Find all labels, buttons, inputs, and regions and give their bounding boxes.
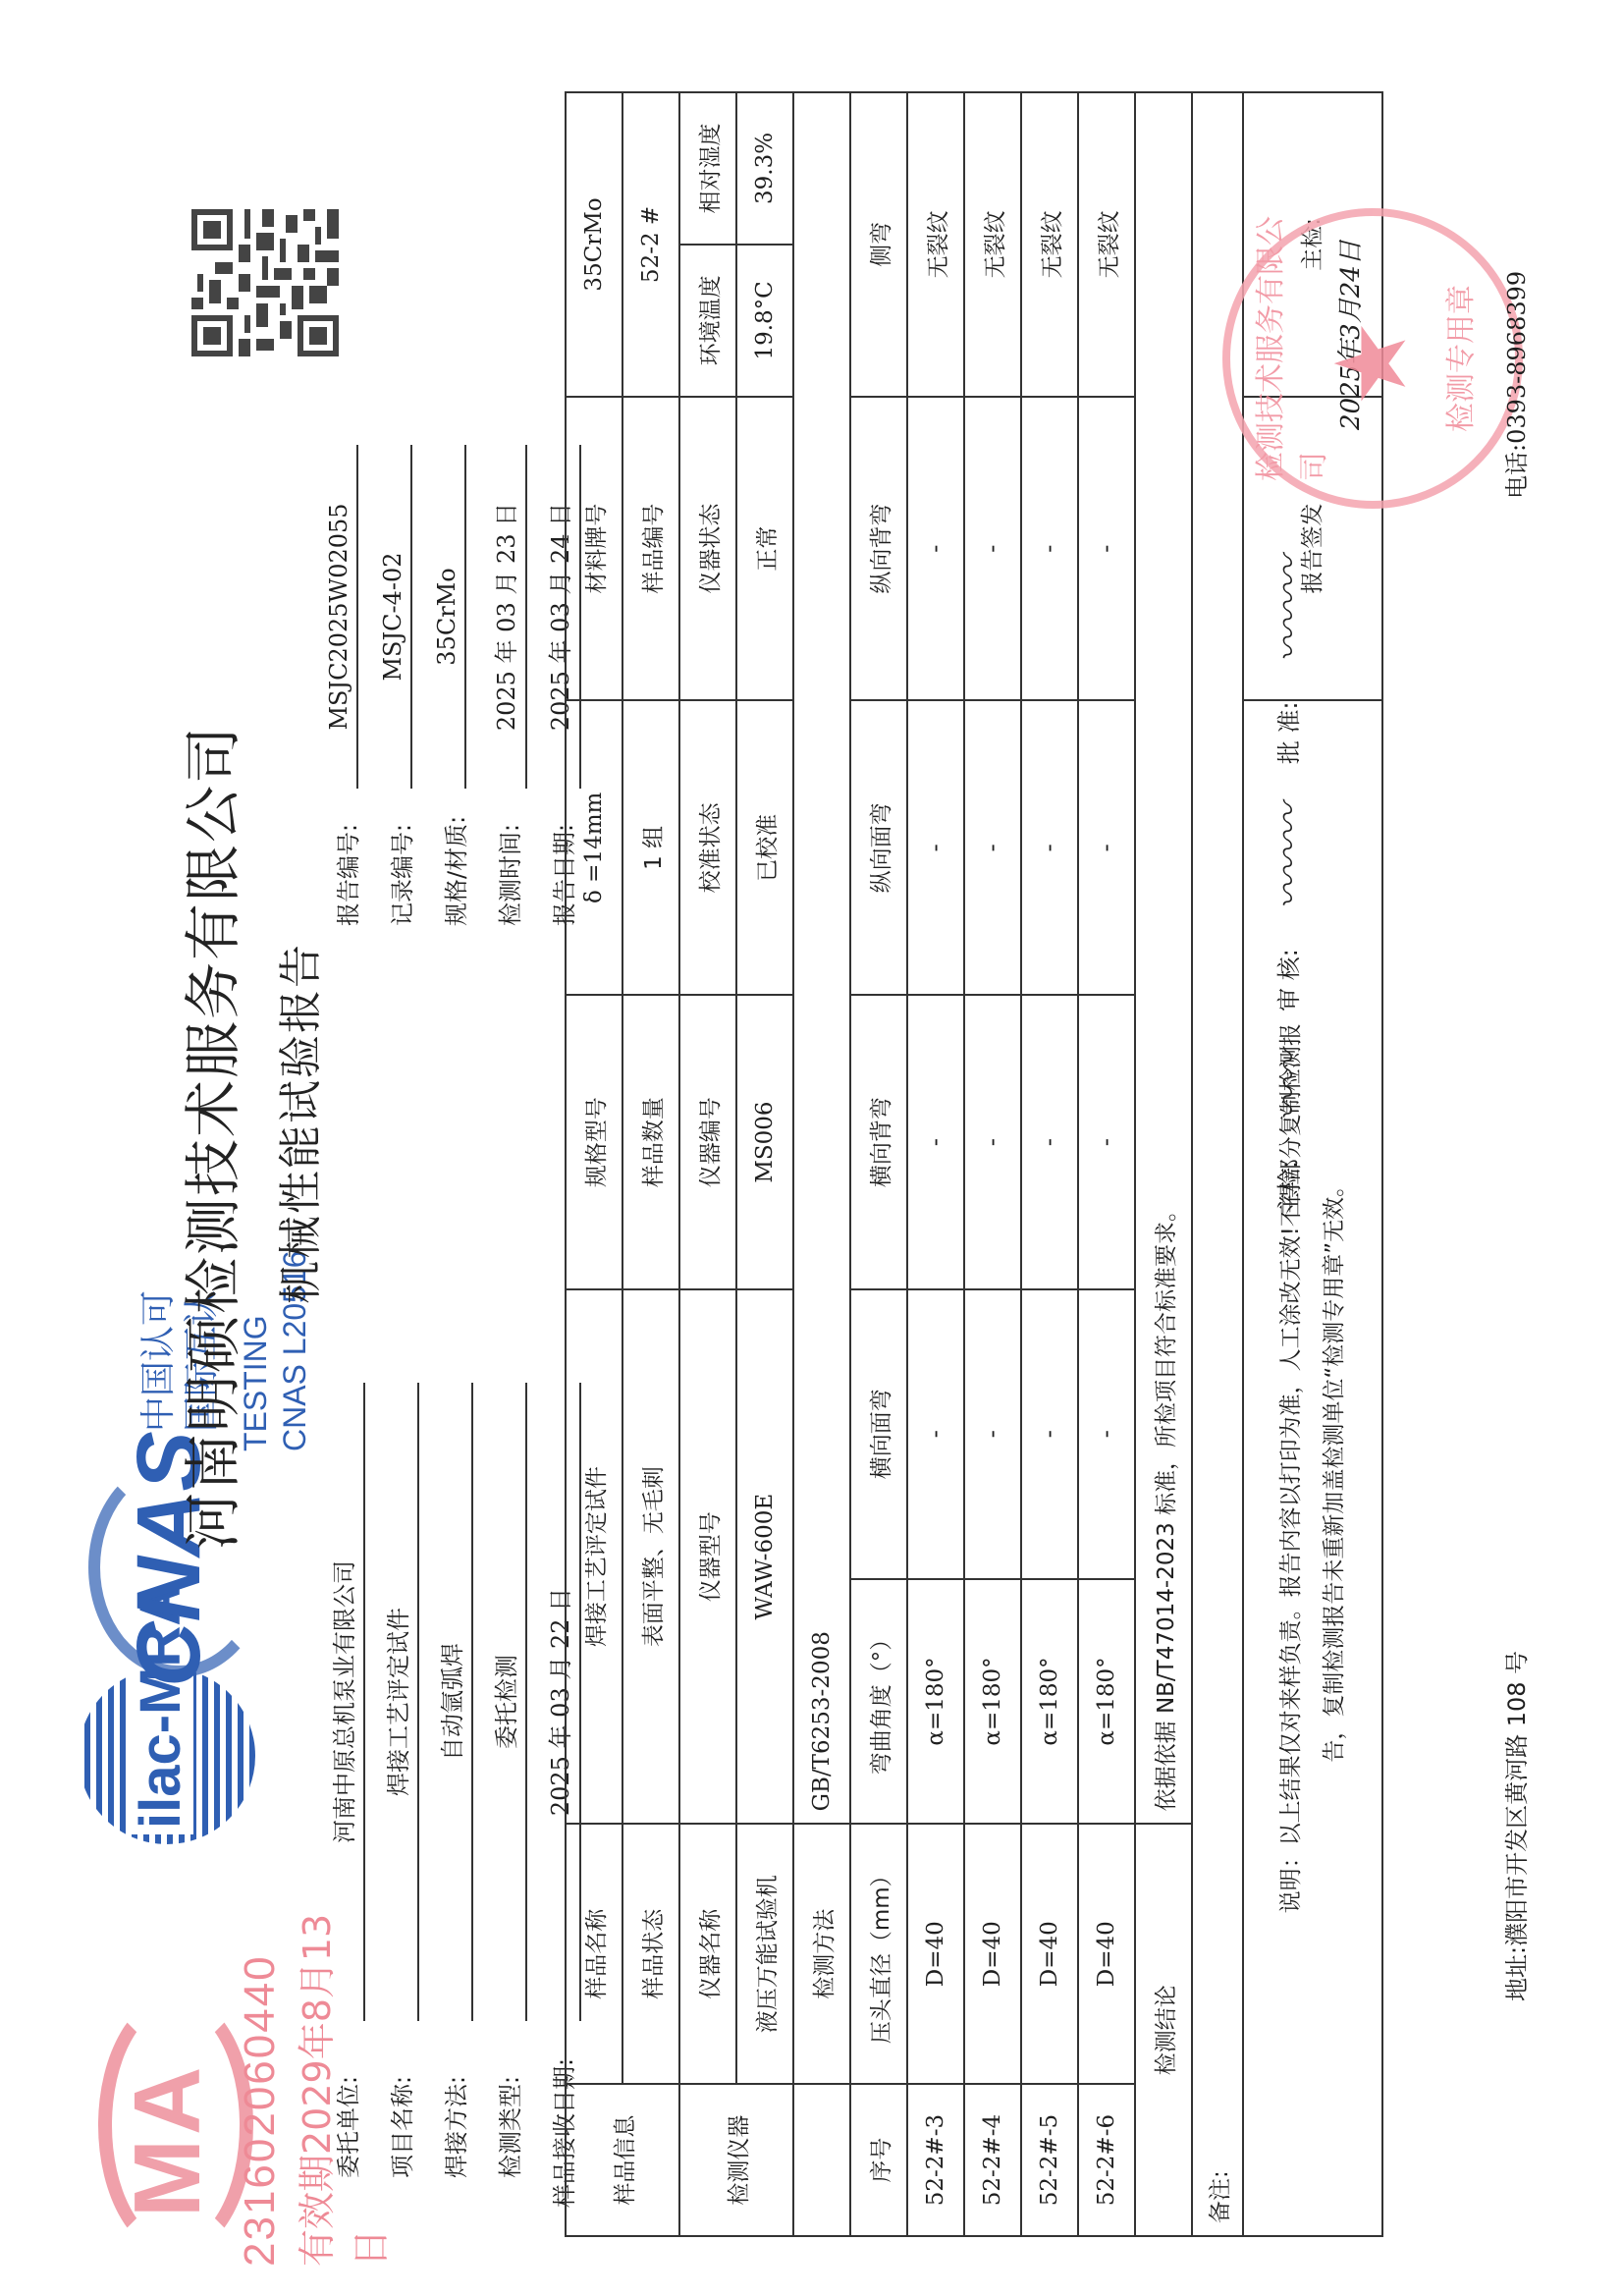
sample-info-label: 样品信息	[566, 2084, 679, 2236]
instrument-value-row: 液压万能试验机 WAW-600E MS006 已校准 正常 19.8°C 39.…	[736, 92, 793, 2236]
results-cell: 无裂纹	[1078, 92, 1135, 397]
test-time-value: 2025 年 03 月 23 日	[487, 445, 527, 789]
results-cell: -	[907, 397, 964, 701]
sample-no-label: 样品编号	[622, 397, 679, 701]
results-cell: -	[964, 700, 1021, 995]
results-column-header: 横向背弯	[850, 995, 907, 1289]
report-page: MA 231602060440 有效期2029年8月13日 ilac-MRA C…	[0, 0, 1623, 2296]
results-column-header: 序号	[850, 2084, 907, 2236]
results-cell: D=40	[907, 1824, 964, 2084]
report-title: 机械性能试验报告	[265, 943, 328, 1304]
results-cell: -	[1078, 995, 1135, 1289]
company-title: 河南明硕检测技术服务有限公司	[167, 725, 249, 1550]
instrument-model-value: WAW-600E	[736, 1289, 793, 1824]
results-cell: 52-2#-3	[907, 2084, 964, 2236]
results-body: 52-2#-3D=40α=180°----无裂纹52-2#-4D=40α=180…	[907, 92, 1135, 2236]
sample-qty-value: 1 组	[622, 700, 679, 995]
test-time-label: 检测时间:	[491, 824, 525, 926]
seal-bottom-text: 检测专用章	[1436, 285, 1480, 432]
results-cell: 52-2#-6	[1078, 2084, 1135, 2236]
method-label: 检测方法	[793, 1824, 850, 2084]
results-cell: -	[1021, 995, 1078, 1289]
footer-phone: 电话:0393-8968399	[1497, 271, 1532, 499]
table-row: 52-2#-6D=40α=180°----无裂纹	[1078, 92, 1135, 2236]
results-cell: -	[1021, 397, 1078, 701]
sample-state-value: 表面平整、无毛刺	[622, 1289, 679, 1824]
results-cell: D=40	[1021, 1824, 1078, 2084]
results-cell: α=180°	[1078, 1579, 1135, 1825]
temp-value: 19.8°C	[737, 244, 792, 396]
results-column-header: 横向面弯	[850, 1289, 907, 1579]
approver-label: 批 准:	[1270, 701, 1304, 764]
sample-row-2: 样品状态 表面平整、无毛刺 样品数量 1 组 样品编号 52-2 #	[622, 92, 679, 2236]
footer-address: 地址:濮阳市开发区黄河路 108 号	[1497, 1651, 1532, 2001]
report-no-label: 报告编号:	[329, 824, 363, 926]
results-cell: α=180°	[964, 1579, 1021, 1825]
sample-qty-label: 样品数量	[622, 995, 679, 1289]
results-cell: -	[1021, 700, 1078, 995]
project-label: 项目名称:	[383, 2076, 417, 2178]
results-column-header: 弯曲角度（°）	[850, 1579, 907, 1825]
record-no-label: 记录编号:	[383, 824, 417, 926]
results-column-header: 纵向面弯	[850, 700, 907, 995]
spec-material-value: 35CrMo	[433, 445, 466, 789]
results-cell: α=180°	[1021, 1579, 1078, 1825]
conclusion-value: 依据依据 NB/T47014-2023 标准，所检项目符合标准要求。	[1135, 92, 1192, 1824]
reviewer-signature-icon: 〰〰〰	[1262, 803, 1312, 909]
spec-value: δ =14mm	[566, 700, 622, 995]
results-header-row: 序号压头直径（mm）弯曲角度（°）横向面弯横向背弯纵向面弯纵向背弯侧弯	[850, 92, 907, 2236]
results-cell: D=40	[964, 1824, 1021, 2084]
instrument-no-label: 仪器编号	[679, 995, 736, 1289]
conclusion-label: 检测结论	[1135, 1824, 1192, 2236]
table-row: 52-2#-3D=40α=180°----无裂纹	[907, 92, 964, 2236]
results-cell: -	[964, 1289, 1021, 1579]
client-value: 河南中原总机泵业有限公司	[325, 1383, 365, 2021]
seal-star-icon: ★	[1314, 319, 1429, 408]
record-no-value: MSJC-4-02	[379, 445, 412, 789]
instrument-name-value: 液压万能试验机	[736, 1824, 793, 2084]
instrument-status-value: 正常	[736, 397, 793, 701]
results-cell: -	[1078, 397, 1135, 701]
humidity-value: 39.3%	[737, 93, 792, 244]
instrument-model-label: 仪器型号	[679, 1289, 736, 1824]
results-cell: -	[1078, 1289, 1135, 1579]
calib-value: 已校准	[736, 700, 793, 995]
conclusion-row: 检测结论 依据依据 NB/T47014-2023 标准，所检项目符合标准要求。	[1135, 92, 1192, 2236]
inspector-signature-icon: 〰〰	[1262, 1051, 1312, 1121]
reviewer-label: 审 核:	[1270, 949, 1304, 1011]
results-cell: 52-2#-4	[964, 2084, 1021, 2236]
table-row: 52-2#-5D=40α=180°----无裂纹	[1021, 92, 1078, 2236]
spec-label: 规格型号	[566, 995, 622, 1289]
report-no-value: MSJC2025W02055	[325, 445, 358, 789]
instrument-label: 检测仪器	[679, 2084, 793, 2236]
instrument-name-label: 仪器名称	[679, 1824, 736, 2084]
results-cell: -	[964, 995, 1021, 1289]
test-type-value: 委托检测	[487, 1383, 527, 2021]
inspector-sign-label: 主检:	[1270, 1161, 1304, 1216]
results-cell: 无裂纹	[1021, 92, 1078, 397]
results-cell: -	[907, 700, 964, 995]
results-cell: -	[907, 1289, 964, 1579]
project-value: 焊接工艺评定试件	[379, 1383, 419, 2021]
test-type-label: 检测类型:	[491, 2076, 525, 2178]
results-cell: α=180°	[907, 1579, 964, 1825]
approver-signature-icon: 〰〰〰	[1262, 556, 1312, 662]
spec-material-label: 规格/材质:	[437, 816, 471, 926]
method-row: 检测方法 GB/T6253-2008	[793, 92, 850, 2236]
results-column-header: 纵向背弯	[850, 397, 907, 701]
results-column-header: 侧弯	[850, 92, 907, 397]
sample-name-value: 焊接工艺评定试件	[566, 1289, 622, 1824]
env-header-cell: 环境温度 相对湿度	[679, 92, 736, 397]
instrument-header-row: 检测仪器 仪器名称 仪器型号 仪器编号 校准状态 仪器状态 环境温度 相对湿度	[679, 92, 736, 2236]
sample-no-value: 52-2 #	[622, 92, 679, 397]
instrument-no-value: MS006	[736, 995, 793, 1289]
temp-label: 环境温度	[680, 244, 735, 396]
results-cell: -	[1021, 1289, 1078, 1579]
results-cell: 52-2#-5	[1021, 2084, 1078, 2236]
results-cell: -	[964, 397, 1021, 701]
results-cell: 无裂纹	[907, 92, 964, 397]
sample-row-1: 样品信息 样品名称 焊接工艺评定试件 规格型号 δ =14mm 材料牌号 35C…	[566, 92, 622, 2236]
results-cell: D=40	[1078, 1824, 1135, 2084]
calib-label: 校准状态	[679, 700, 736, 995]
notes-line-2: 告，复制检测报告未重新加盖检测单位“检测专用章”无效。	[1313, 705, 1356, 2231]
official-seal: 检测技术服务有限公司 ★ 检测专用章	[1222, 208, 1523, 509]
grade-value: 35CrMo	[566, 92, 622, 397]
results-cell: 无裂纹	[964, 92, 1021, 397]
method-spacer	[793, 2084, 850, 2236]
instrument-status-label: 仪器状态	[679, 397, 736, 701]
client-label: 委托单位:	[329, 2076, 363, 2178]
signature-row: 主检: 〰〰 审 核: 〰〰〰 批 准: 〰〰〰	[1262, 556, 1312, 1216]
results-cell: -	[907, 995, 964, 1289]
cma-letters: MA	[114, 2063, 222, 2217]
qr-code-icon	[191, 209, 339, 356]
env-value-cell: 19.8°C 39.3%	[736, 92, 793, 397]
results-cell: -	[1078, 700, 1135, 995]
sample-name-label: 样品名称	[566, 1824, 622, 2084]
welding-method-label: 焊接方法:	[437, 2076, 471, 2178]
sample-state-label: 样品状态	[622, 1824, 679, 2084]
method-value: GB/T6253-2008	[793, 92, 850, 1824]
welding-method-value: 自动氩弧焊	[433, 1383, 473, 2021]
table-row: 52-2#-4D=40α=180°----无裂纹	[964, 92, 1021, 2236]
results-column-header: 压头直径（mm）	[850, 1824, 907, 2084]
humidity-label: 相对湿度	[680, 93, 735, 244]
cma-number: 231602060440	[236, 1954, 285, 2267]
grade-label: 材料牌号	[566, 397, 622, 701]
